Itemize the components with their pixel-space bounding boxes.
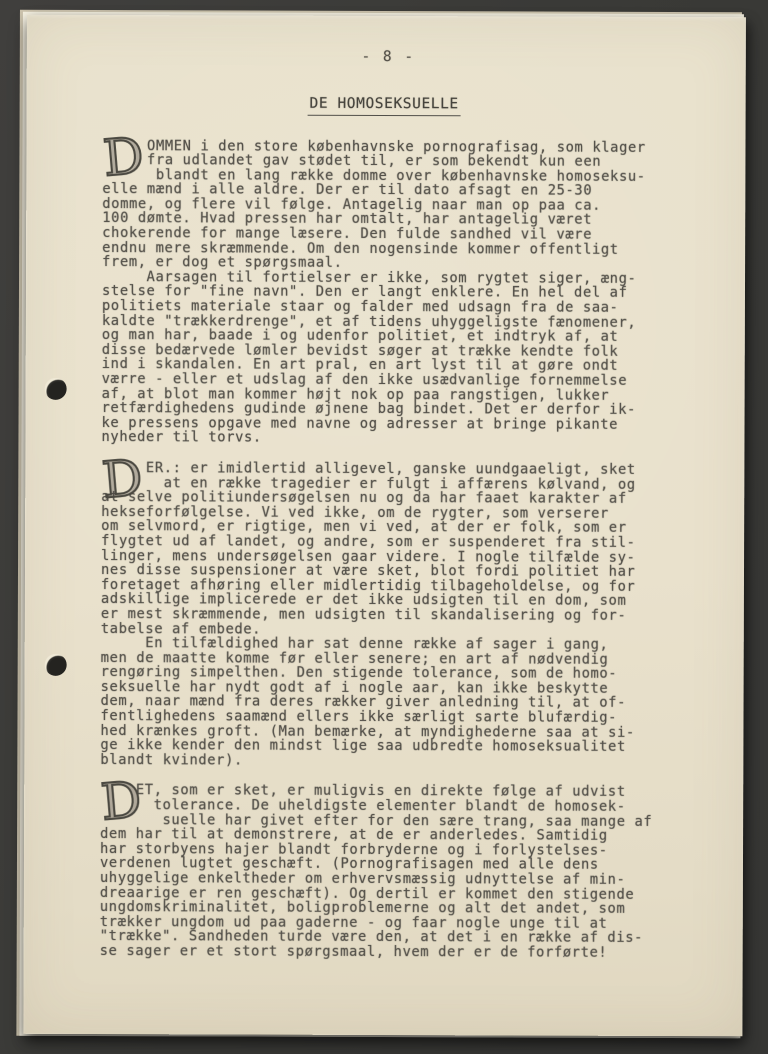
paragraph-text: OMMEN i den store københavnske pornograf… [101, 139, 673, 447]
dropcap-initial: D [101, 130, 145, 183]
paragraph-2: D ER.: er imidlertid alligevel, ganske u… [100, 461, 672, 769]
dropcap-initial: D [100, 452, 144, 505]
paper-sheet: - 8 - DE HOMOSEKSUELLE D OMMEN i den sto… [23, 15, 746, 1037]
dropcap-initial: D [99, 775, 143, 828]
paper-stack: - 8 - DE HOMOSEKSUELLE D OMMEN i den sto… [0, 0, 768, 1054]
scan-background: - 8 - DE HOMOSEKSUELLE D OMMEN i den sto… [0, 0, 768, 1054]
page-number: - 8 - [103, 48, 674, 66]
paragraph-text: ET, som er sket, er muligvis en direkte … [100, 783, 672, 960]
page-content: - 8 - DE HOMOSEKSUELLE D OMMEN i den sto… [23, 15, 746, 1037]
paragraph-3: D ET, som er sket, er muligvis en direkt… [100, 783, 672, 960]
document-title: DE HOMOSEKSUELLE [307, 96, 460, 116]
title-row: DE HOMOSEKSUELLE [103, 92, 674, 116]
paragraph-text: ER.: er imidlertid alligevel, ganske uun… [100, 461, 672, 769]
document-body: D OMMEN i den store københavnske pornogr… [100, 139, 674, 961]
paragraph-1: D OMMEN i den store københavnske pornogr… [101, 139, 673, 447]
